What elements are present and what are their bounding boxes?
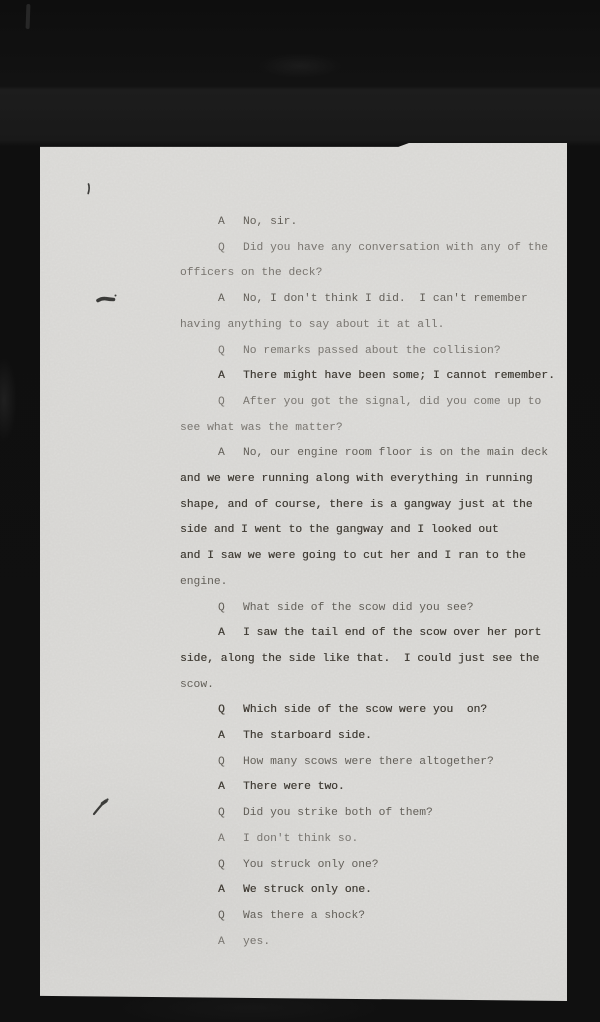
transcript-line: QWas there a shock? bbox=[40, 904, 567, 930]
transcript-line: ANo, I don't think I did. I can't rememb… bbox=[40, 287, 567, 313]
transcript-line: QDid you have any conversation with any … bbox=[40, 236, 567, 262]
line-text: see what was the matter? bbox=[180, 422, 343, 434]
line-text: I saw the tail end of the scow over her … bbox=[243, 627, 541, 639]
speaker-letter: A bbox=[218, 827, 243, 853]
line-text: Did you strike both of them? bbox=[243, 807, 433, 819]
transcript-line: QYou struck only one? bbox=[40, 853, 567, 879]
speaker-letter: A bbox=[218, 210, 243, 236]
speaker-letter: A bbox=[218, 878, 243, 904]
line-text: No remarks passed about the collision? bbox=[243, 345, 501, 357]
transcript-line: QAfter you got the signal, did you come … bbox=[40, 390, 567, 416]
line-text: What side of the scow did you see? bbox=[243, 602, 474, 614]
speaker-letter: Q bbox=[218, 801, 243, 827]
speaker-letter: A bbox=[218, 724, 243, 750]
line-text: Did you have any conversation with any o… bbox=[243, 242, 548, 254]
transcript-line: see what was the matter? bbox=[40, 416, 567, 442]
transcript-line: shape, and of course, there is a gangway… bbox=[40, 493, 567, 519]
line-text: After you got the signal, did you come u… bbox=[243, 396, 541, 408]
speaker-letter: A bbox=[218, 621, 243, 647]
speaker-letter: Q bbox=[218, 236, 243, 262]
line-text: and I saw we were going to cut her and I… bbox=[180, 550, 526, 562]
speaker-letter: Q bbox=[218, 698, 243, 724]
transcript-line: scow. bbox=[40, 673, 567, 699]
speaker-letter: Q bbox=[218, 904, 243, 930]
line-text: The starboard side. bbox=[243, 730, 372, 742]
transcript-line: AThe starboard side. bbox=[40, 724, 567, 750]
line-text: We struck only one. bbox=[243, 884, 372, 896]
line-text: No, our engine room floor is on the main… bbox=[243, 447, 548, 459]
line-text: scow. bbox=[180, 679, 214, 691]
speaker-letter: A bbox=[218, 441, 243, 467]
line-text: Which side of the scow were you on? bbox=[243, 704, 487, 716]
line-text: shape, and of course, there is a gangway… bbox=[180, 499, 533, 511]
line-text: side and I went to the gangway and I loo… bbox=[180, 524, 499, 536]
transcript-line: QWhat side of the scow did you see? bbox=[40, 596, 567, 622]
line-text: having anything to say about it at all. bbox=[180, 319, 444, 331]
transcript-line: side and I went to the gangway and I loo… bbox=[40, 518, 567, 544]
tick-mark bbox=[88, 184, 89, 194]
line-text: There might have been some; I cannot rem… bbox=[243, 370, 555, 382]
line-text: side, along the side like that. I could … bbox=[180, 653, 539, 665]
line-text: No, I don't think I did. I can't remembe… bbox=[243, 293, 528, 305]
line-text: You struck only one? bbox=[243, 859, 379, 871]
transcript-line: QNo remarks passed about the collision? bbox=[40, 339, 567, 365]
transcript-line: AI don't think so. bbox=[40, 827, 567, 853]
line-text: officers on the deck? bbox=[180, 267, 322, 279]
speaker-letter: A bbox=[218, 287, 243, 313]
line-text: Was there a shock? bbox=[243, 910, 365, 922]
transcript-line: QWhich side of the scow were you on? bbox=[40, 698, 567, 724]
transcript-line: engine. bbox=[40, 570, 567, 596]
speaker-letter: A bbox=[218, 775, 243, 801]
speaker-letter: A bbox=[218, 364, 243, 390]
line-text: yes. bbox=[243, 936, 270, 948]
line-text: and we were running along with everythin… bbox=[180, 473, 533, 485]
transcript-line: AI saw the tail end of the scow over her… bbox=[40, 621, 567, 647]
line-text: engine. bbox=[180, 576, 227, 588]
line-text: I don't think so. bbox=[243, 833, 358, 845]
line-text: There were two. bbox=[243, 781, 345, 793]
transcript-line: Ayes. bbox=[40, 930, 567, 956]
speaker-letter: Q bbox=[218, 390, 243, 416]
speaker-letter: Q bbox=[218, 853, 243, 879]
transcript-line: AThere were two. bbox=[40, 775, 567, 801]
transcript-line: AThere might have been some; I cannot re… bbox=[40, 364, 567, 390]
line-text: How many scows were there altogether? bbox=[243, 756, 494, 768]
transcript-line: QHow many scows were there altogether? bbox=[40, 750, 567, 776]
speaker-letter: Q bbox=[218, 750, 243, 776]
transcript-line: AWe struck only one. bbox=[40, 878, 567, 904]
transcript-line: ANo, our engine room floor is on the mai… bbox=[40, 441, 567, 467]
transcript-line: QDid you strike both of them? bbox=[40, 801, 567, 827]
paper-page: ANo, sir. QDid you have any conversation… bbox=[40, 143, 567, 1001]
transcript-line: having anything to say about it at all. bbox=[40, 313, 567, 339]
transcript-line: and we were running along with everythin… bbox=[40, 467, 567, 493]
transcript-line: ANo, sir. bbox=[40, 210, 567, 236]
transcript-line: side, along the side like that. I could … bbox=[40, 647, 567, 673]
transcript-line: and I saw we were going to cut her and I… bbox=[40, 544, 567, 570]
transcript-line: officers on the deck? bbox=[40, 261, 567, 287]
speaker-letter: A bbox=[218, 930, 243, 956]
transcript-text: ANo, sir. QDid you have any conversation… bbox=[40, 210, 567, 955]
speaker-letter: Q bbox=[218, 339, 243, 365]
speaker-letter: Q bbox=[218, 596, 243, 622]
line-text: No, sir. bbox=[243, 216, 297, 228]
